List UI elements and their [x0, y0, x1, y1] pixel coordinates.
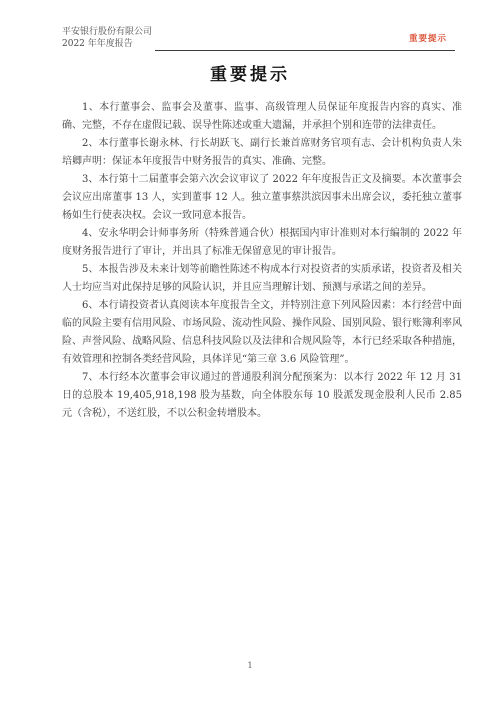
notice-paragraph-4: 4、安永华明会计师事务所（特殊普通合伙）根据国内审计准则对本行编制的 2022 …	[62, 225, 462, 261]
notice-paragraph-1: 1、本行董事会、监事会及董事、监事、高级管理人员保证年度报告内容的真实、准确、完…	[62, 99, 462, 135]
header-company-block: 平安银行股份有限公司 2022 年年度报告	[62, 27, 152, 50]
header-divider	[155, 50, 455, 51]
notice-paragraph-5: 5、本报告涉及未来计划等前瞻性陈述不构成本行对投资者的实质承诺，投资者及相关人士…	[62, 261, 462, 297]
notice-paragraph-6: 6、本行请投资者认真阅读本年度报告全文，并特别注意下列风险因素：本行经营中面临的…	[62, 297, 462, 369]
report-page: 平安银行股份有限公司 2022 年年度报告 重要提示 重要提示 1、本行董事会、…	[0, 0, 500, 707]
notice-body: 1、本行董事会、监事会及董事、监事、高级管理人员保证年度报告内容的真实、准确、完…	[62, 99, 462, 423]
notice-paragraph-3: 3、本行第十二届董事会第六次会议审议了 2022 年年度报告正文及摘要。本次董事…	[62, 171, 462, 225]
page-number: 1	[0, 661, 500, 670]
header-company-name: 平安银行股份有限公司	[62, 27, 152, 39]
notice-paragraph-2: 2、本行董事长谢永林、行长胡跃飞、副行长兼首席财务官项有志、会计机构负责人朱培卿…	[62, 135, 462, 171]
header-section-label: 重要提示	[409, 32, 447, 44]
header-report-title: 2022 年年度报告	[62, 39, 152, 51]
notice-paragraph-7: 7、本行经本次董事会审议通过的普通股利润分配预案为：以本行 2022 年 12 …	[62, 369, 462, 423]
page-title: 重要提示	[0, 60, 500, 85]
